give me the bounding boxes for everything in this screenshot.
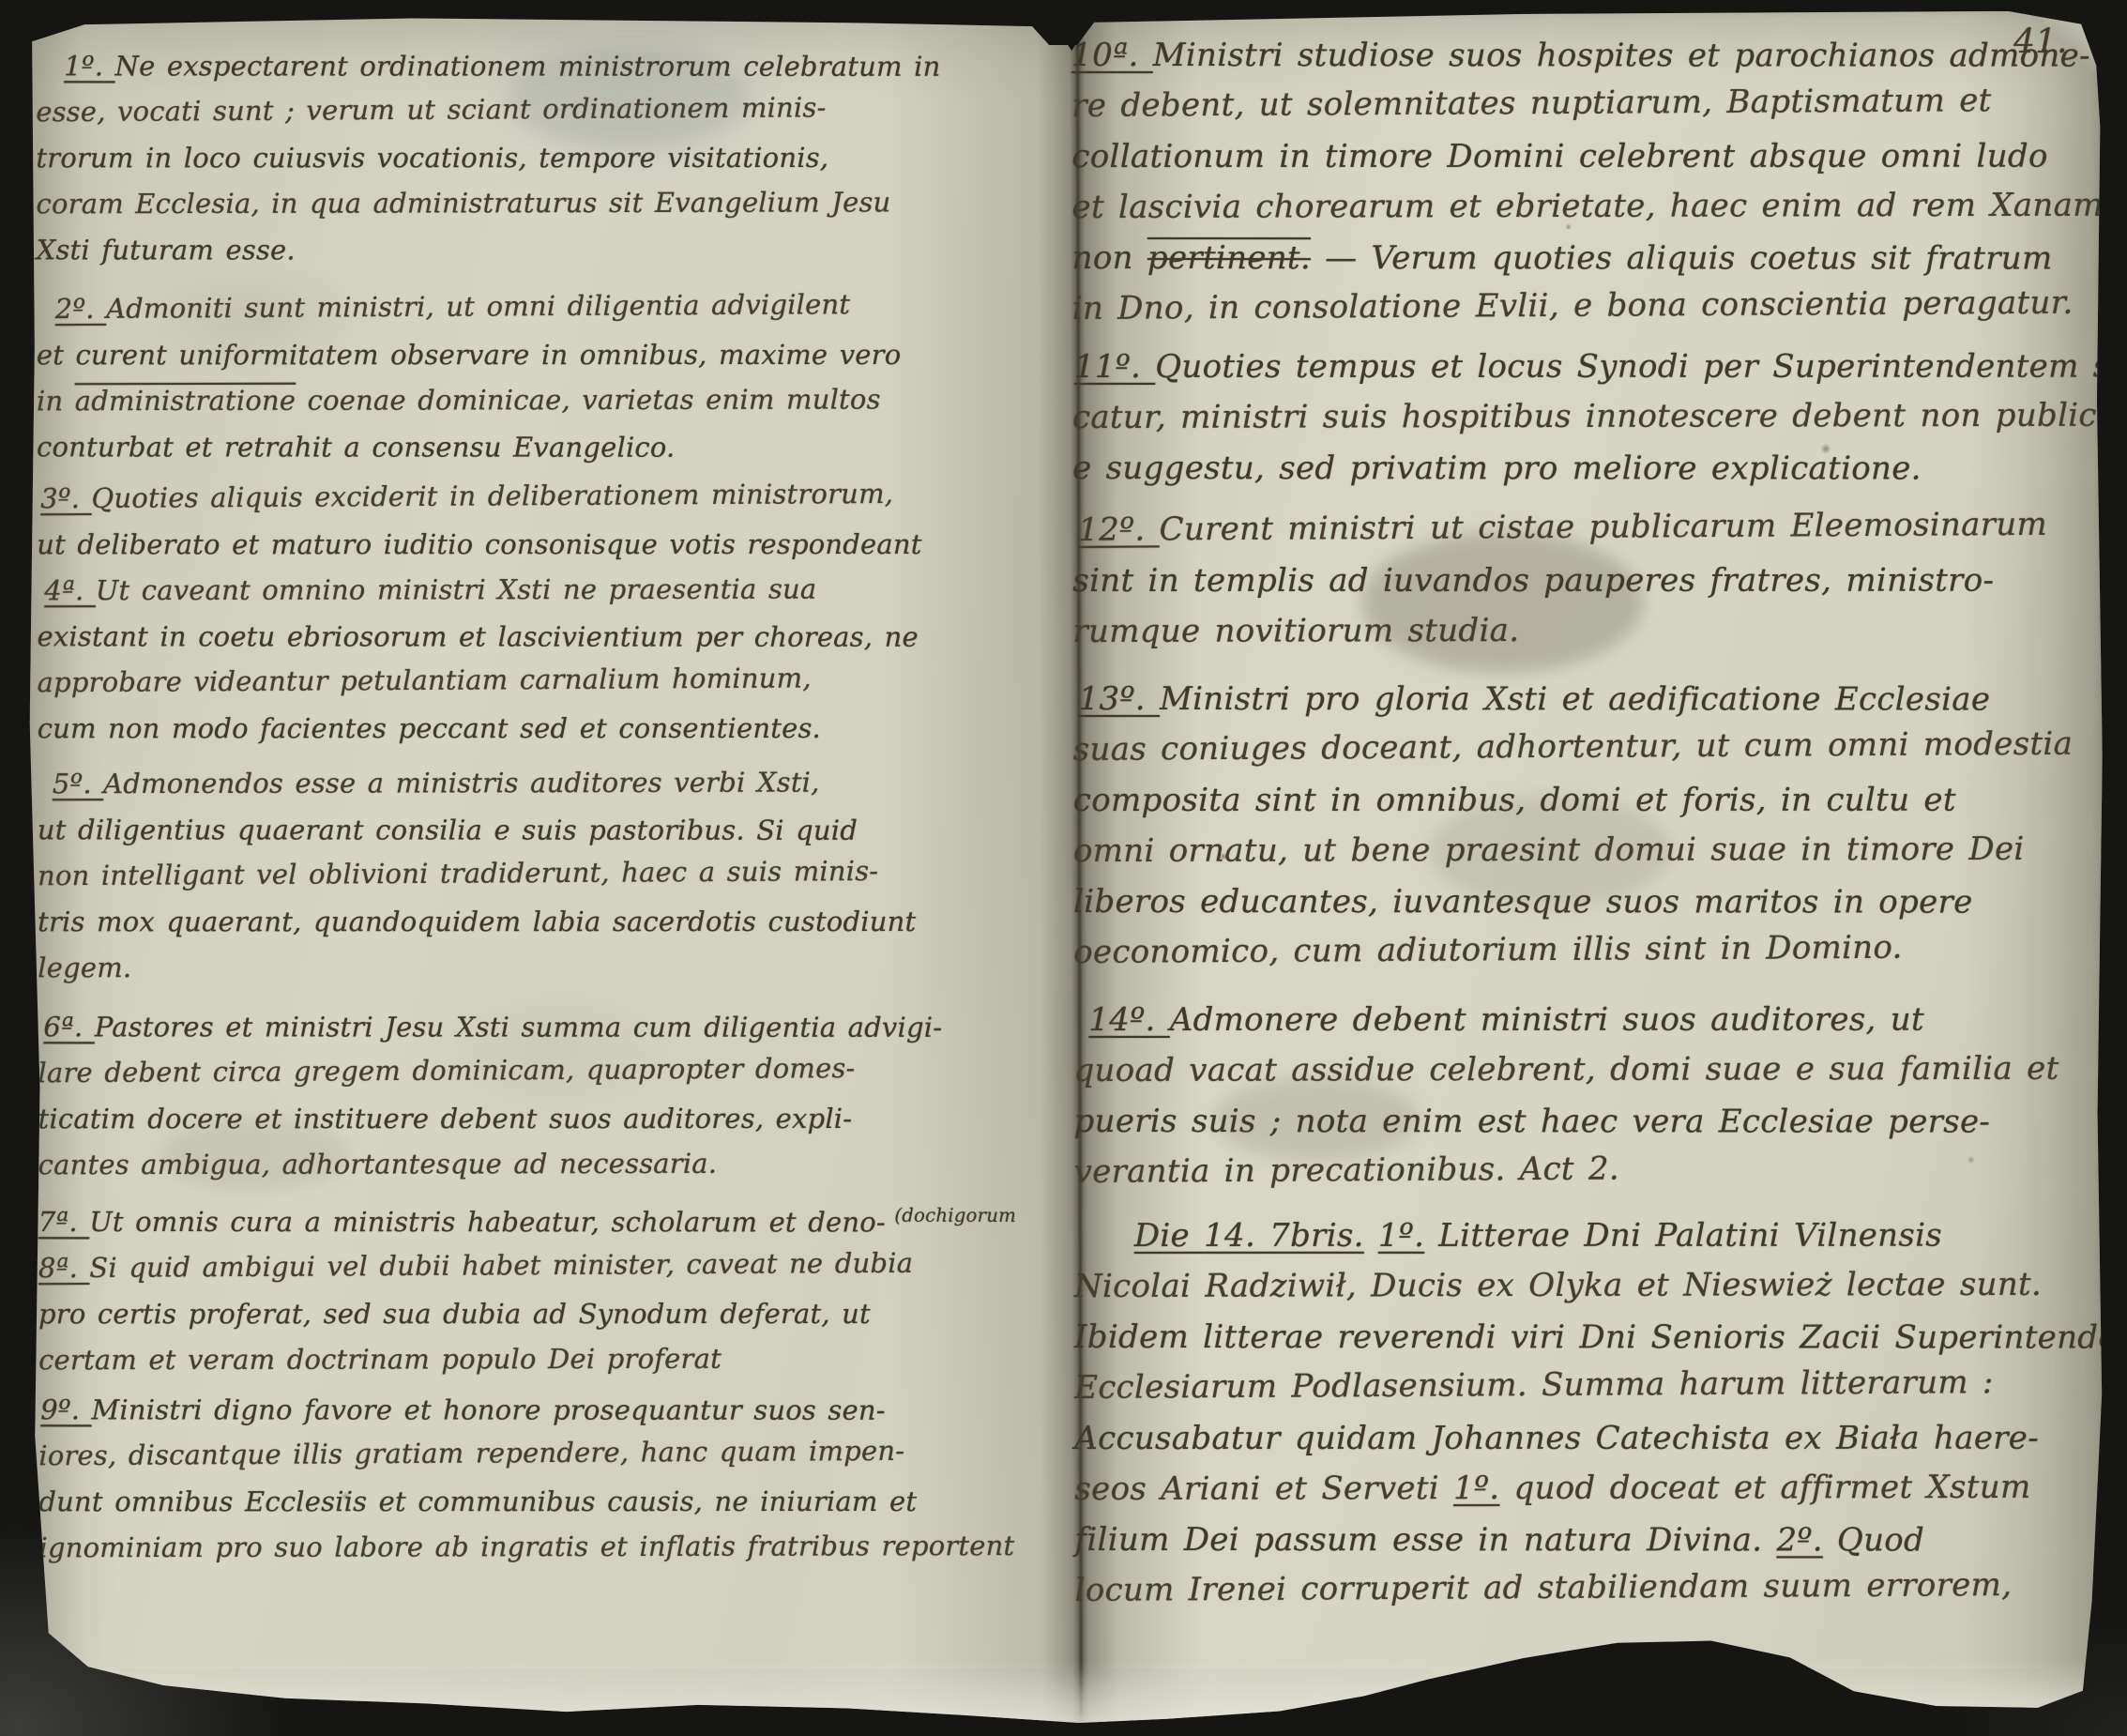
manuscript-line: et lascivia chorearum et ebrietate, haec…	[1071, 180, 2098, 233]
manuscript-line: 9º. Ministri digno favore et honore pros…	[38, 1387, 798, 1433]
manuscript-line: legem.	[38, 944, 798, 992]
manuscript-line: 2º. Admoniti sunt ministri, ut omni dili…	[37, 282, 797, 332]
manuscript-line: verantia in precationibus. Act 2.	[1074, 1140, 2101, 1196]
manuscript-line: 10ª. Ministri studiose suos hospites et …	[1071, 30, 2098, 82]
manuscript-line: locum Irenei corruperit ad stabiliendam …	[1074, 1559, 2101, 1615]
manuscript-line: seos Ariani et Serveti 1º. quod doceat e…	[1074, 1462, 2101, 1515]
manuscript-line: 4ª. Ut caveant omnino ministri Xsti ne p…	[37, 567, 797, 615]
manuscript-line: in Dno, in consolatione Evlii, e bona co…	[1072, 277, 2099, 333]
manuscript-line: cum non modo facientes peccant sed et co…	[38, 706, 798, 752]
manuscript-line: 14º. Admonere debent ministri suos audit…	[1073, 995, 2100, 1045]
manuscript-line: Ecclesiarum Podlasensium. Summa harum li…	[1074, 1356, 2101, 1412]
manuscript-line: conturbat et retrahit a consensu Evangel…	[37, 424, 797, 470]
manuscript-spread: 1º. Ne exspectarent ordinationem ministr…	[19, 6, 2107, 1733]
manuscript-line: Die 14. 7bris. 1º. Litterae Dni Palatini…	[1074, 1211, 2101, 1261]
manuscript-line: trorum in loco cuiusvis vocationis, temp…	[36, 135, 796, 181]
manuscript-line: 1º. Ne exspectarent ordinationem ministr…	[36, 43, 796, 89]
manuscript-line: dunt omnibus Ecclesiis et communibus cau…	[38, 1479, 798, 1525]
manuscript-line: e suggestu, sed privatim pro meliore exp…	[1072, 443, 2099, 495]
manuscript-line: 11º. Quoties tempus et locus Synodi per …	[1072, 342, 2099, 392]
page-number: 41.	[2013, 23, 2067, 61]
manuscript-line: quoad vacat assidue celebrent, domi suae…	[1073, 1043, 2100, 1096]
manuscript-line: 13º. Ministri pro gloria Xsti et aedific…	[1073, 674, 2100, 725]
manuscript-line: 3º. Quoties aliquis exciderit in deliber…	[37, 471, 797, 522]
manuscript-line: approbare videantur petulantiam carnaliu…	[37, 655, 797, 706]
manuscript-line: coram Ecclesia, in qua administraturus s…	[36, 180, 796, 228]
manuscript-line: omni ornatu, ut bene praesint domui suae…	[1073, 824, 2100, 876]
manuscript-line: ut diligentius quaerant consilia e suis …	[38, 807, 798, 853]
manuscript-line: tris mox quaerant, quandoquidem labia sa…	[38, 899, 798, 945]
manuscript-line: pueris suis ; nota enim est haec vera Ec…	[1074, 1096, 2101, 1148]
manuscript-line: esse, vocati sunt ; verum ut sciant ordi…	[36, 84, 796, 135]
manuscript-line: 7ª. Ut omnis cura a ministris habeatur, …	[38, 1192, 798, 1245]
manuscript-line: re debent, ut solemnitates nuptiarum, Ba…	[1071, 74, 2098, 130]
manuscript-line: sint in templis ad iuvandos pauperes fra…	[1072, 556, 2099, 606]
right-page-text: 10ª. Ministri studiose suos hospites et …	[1071, 28, 2102, 1616]
manuscript-line: rumque novitiorum studia.	[1072, 604, 2099, 657]
manuscript-line: ut deliberato et maturo iuditio consonis…	[37, 522, 797, 568]
manuscript-line: catur, ministri suis hospitibus innotesc…	[1072, 390, 2099, 443]
manuscript-line: cantes ambigua, adhortantesque ad necess…	[38, 1141, 798, 1189]
manuscript-line: ticatim docere et instituere debent suos…	[38, 1096, 798, 1142]
manuscript-line: filium Dei passum esse in natura Divina.…	[1074, 1515, 2101, 1566]
left-page-text: 1º. Ne exspectarent ordinationem ministr…	[36, 42, 798, 1571]
manuscript-line: Xsti futuram esse.	[37, 227, 797, 273]
manuscript-line: et curent uniformitatem observare in omn…	[37, 332, 797, 378]
manuscript-line: ignominiam pro suo labore ab ingratis et…	[38, 1523, 798, 1571]
manuscript-line: suas coniuges doceant, adhortentur, ut c…	[1073, 718, 2100, 774]
manuscript-line: certam et veram doctrinam populo Dei pro…	[38, 1335, 798, 1383]
manuscript-line: lare debent circa gregem dominicam, quap…	[38, 1045, 798, 1096]
manuscript-line: Accusabatur quidam Johannes Catechista e…	[1074, 1413, 2101, 1464]
manuscript-line: iores, discantque illis gratiam repender…	[38, 1428, 798, 1479]
manuscript-line: existant in coetu ebriosorum et lascivie…	[37, 614, 797, 660]
manuscript-line: Nicolai Radziwił, Ducis ex Olyka et Nies…	[1074, 1259, 2101, 1312]
manuscript-line: composita sint in omnibus, domi et foris…	[1073, 775, 2100, 826]
manuscript-line: in administratione coenae dominicae, var…	[37, 377, 797, 425]
manuscript-line: oeconomico, cum adiutorium illis sint in…	[1073, 921, 2100, 977]
manuscript-line: non intelligant vel oblivioni tradiderun…	[38, 848, 798, 899]
photo-background: 1º. Ne exspectarent ordinationem ministr…	[0, 0, 2127, 1736]
manuscript-line: 6ª. Pastores et ministri Jesu Xsti summa…	[38, 1004, 798, 1050]
manuscript-line: collationum in timore Domini celebrent a…	[1071, 131, 2098, 182]
manuscript-line: liberos educantes, iuvantesque suos mari…	[1073, 876, 2100, 928]
manuscript-line: Ibidem litterae reverendi viri Dni Senio…	[1074, 1312, 2101, 1363]
torn-bottom-edge	[60, 1661, 2092, 1733]
manuscript-line: 12º. Curent ministri ut cistae publicaru…	[1072, 498, 2099, 555]
manuscript-line: pro certis proferat, sed sua dubia ad Sy…	[38, 1291, 798, 1337]
manuscript-line: 5º. Admonendos esse a ministris auditore…	[38, 760, 798, 808]
manuscript-line: 8ª. Si quid ambigui vel dubii habet mini…	[38, 1241, 798, 1291]
manuscript-line: non pertinent. — Verum quoties aliquis c…	[1072, 233, 2099, 284]
